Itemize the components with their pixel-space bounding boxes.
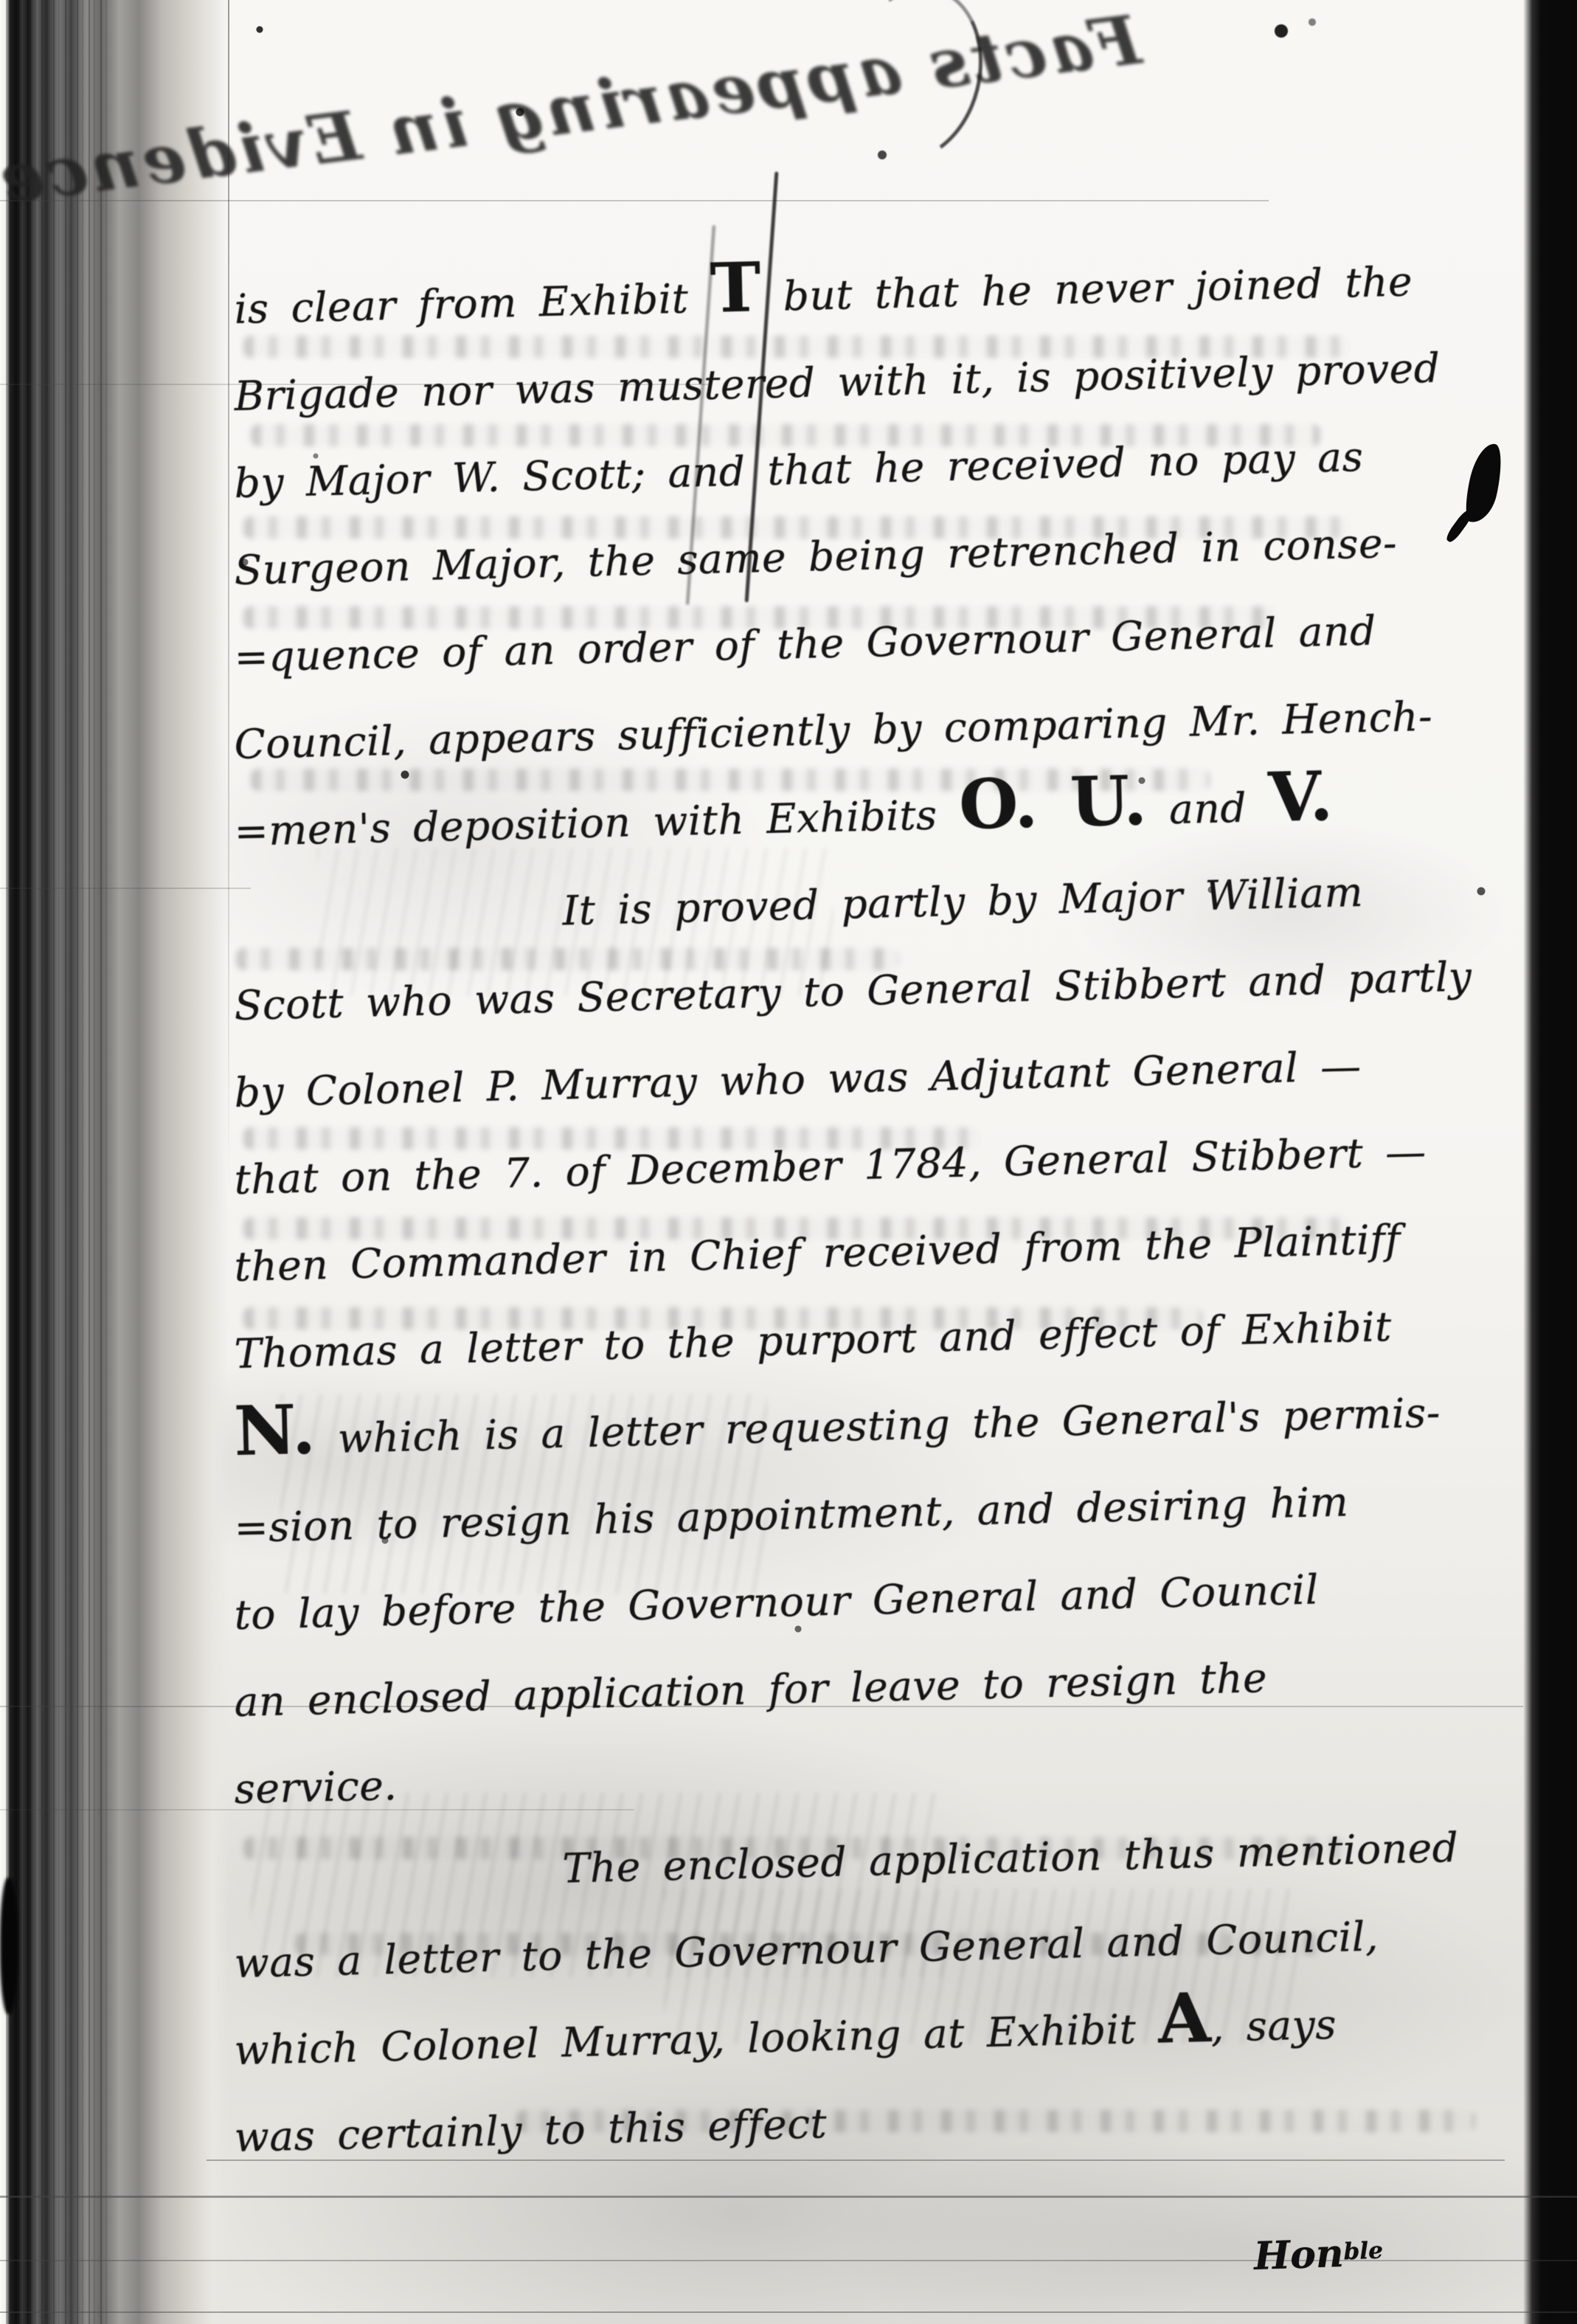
gutter-streaks [6,0,109,2324]
scan-artifact-line [0,2311,1577,2313]
scan-artifact-line [0,200,1269,201]
manuscript-body: is clear from Exhibit T but that he neve… [235,266,1518,2181]
gutter-ink-mark [0,1878,18,2014]
catchword: Honble [1253,2233,1384,2276]
bleedthrough-header: Facts appearing in Evidence. [212,0,1145,193]
scan-artifact-line [0,2196,1577,2198]
scan-edge-band [1523,0,1577,2324]
bleedthrough-flourish [829,0,1001,176]
manuscript-page: Facts appearing in Evidence. is clear fr… [0,0,1577,2324]
scan-artifact-line [0,888,251,889]
